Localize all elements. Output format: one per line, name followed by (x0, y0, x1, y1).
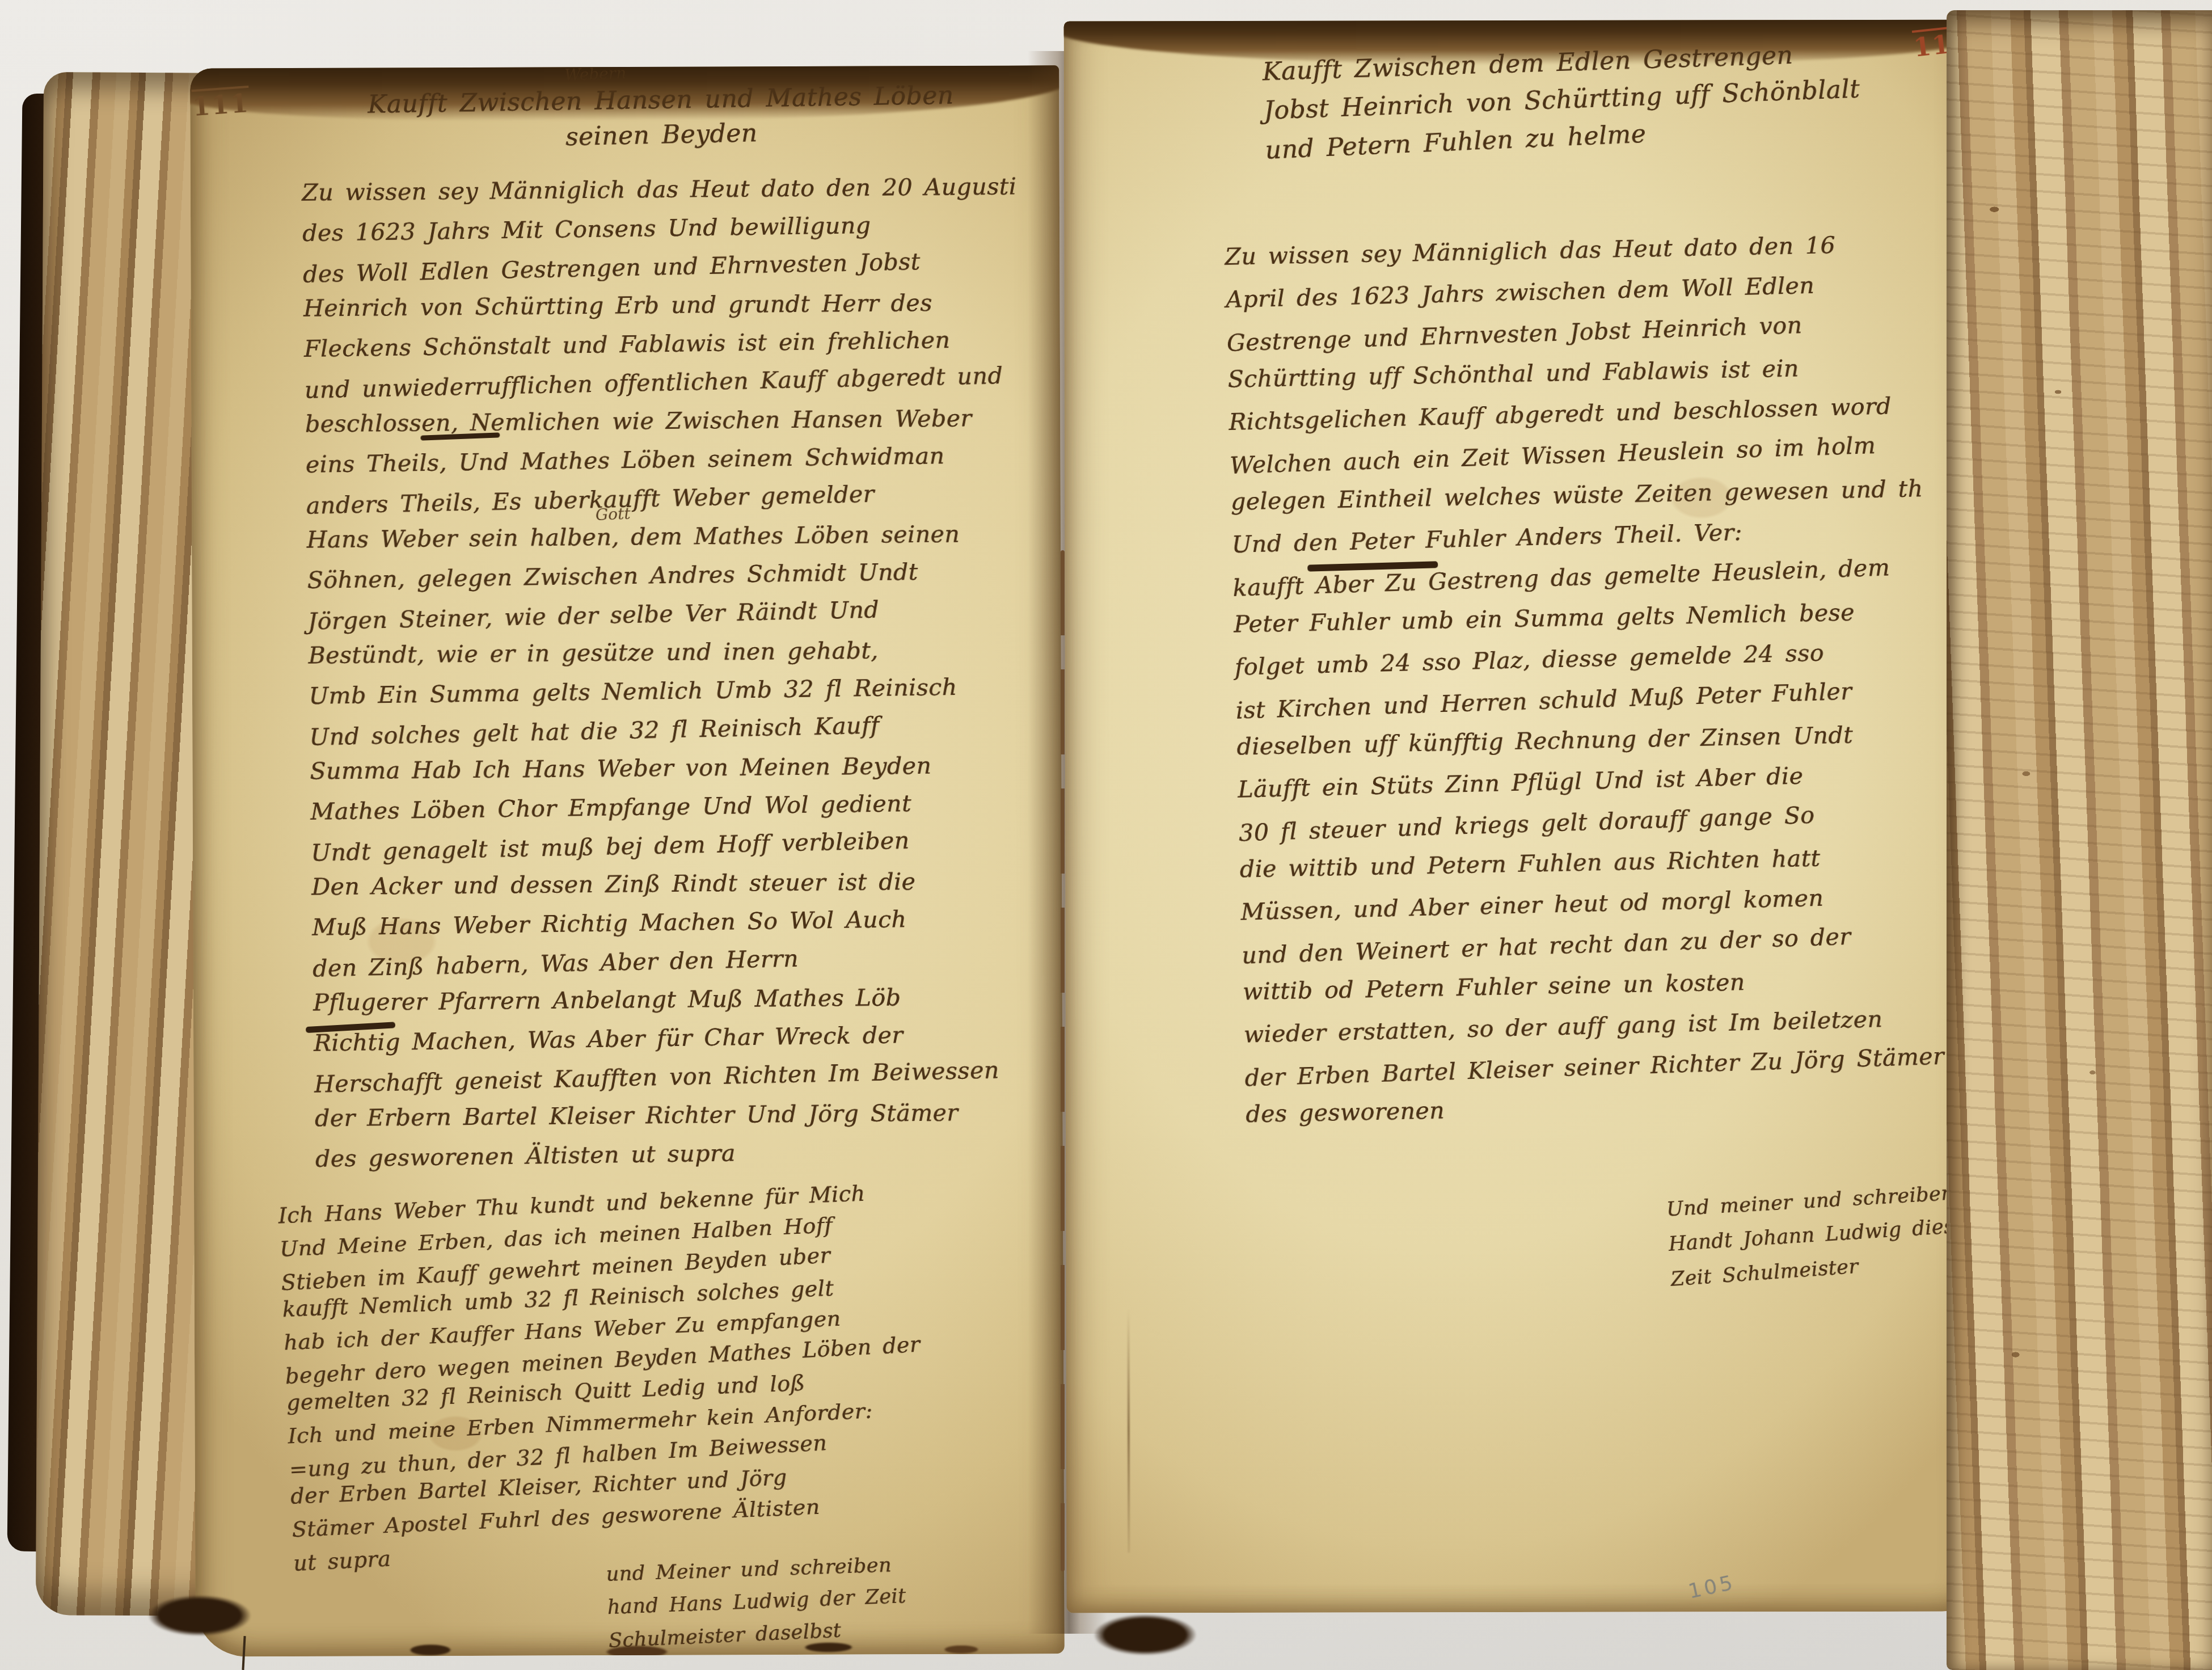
handwriting-line: Pflugerer Pfarrern Anbelangt Muß Mathes … (313, 977, 1065, 1022)
pencil-foliation-number: 105 (1686, 1571, 1737, 1604)
right-page-edge-stack (1947, 10, 2212, 1670)
open-book: 111 Webern Kaufft Zwischen Hansen und Ma… (0, 0, 2212, 1670)
cover-fragment (1069, 1612, 1222, 1669)
handwriting-line: Summa Hab Ich Hans Weber von Meinen Beyd… (310, 745, 1065, 791)
right-paragraph: Zu wissen sey Männiglich das Heut dato d… (1224, 220, 1976, 1137)
handwriting-line: beschlossen, Nemlichen wie Zwischen Hans… (305, 398, 1064, 444)
right-page: 112 Kaufft Zwischen dem Edlen Gestrengen… (1064, 20, 1977, 1613)
handwriting-line: Heinrich von Schürtting Erb und grundt H… (303, 282, 1064, 328)
binding-stitches (1061, 550, 1065, 1571)
right-signature-block: Und meiner und schreibenHandt Johann Lud… (1665, 1174, 1976, 1296)
handwriting-line: Hans Weber sein halben, dem Mathes Löben… (306, 514, 1065, 559)
right-page-heading: Kaufft Zwischen dem Edlen GestrengenJobs… (1262, 33, 1862, 167)
page-crease (1128, 1309, 1130, 1553)
handwriting-line: Den Acker und dessen Zinß Rindt steuer i… (311, 861, 1065, 906)
handwriting-line: Zu wissen sey Männiglich das Heut dato d… (302, 167, 1062, 212)
photo-backdrop: 111 Webern Kaufft Zwischen Hansen und Ma… (0, 0, 2212, 1670)
left-page: 111 Webern Kaufft Zwischen Hansen und Ma… (190, 65, 1065, 1656)
left-paragraph-1: Zu wissen sey Männiglich das Heut dato d… (302, 165, 1065, 1178)
left-paragraph-2: Ich Hans Weber Thu kundt und bekenne für… (277, 1169, 1064, 1576)
inserted-word: Webern (564, 65, 627, 85)
handwriting-line: der Erbern Bartel Kleiser Richter Und Jö… (314, 1093, 1064, 1138)
left-folio-number: 111 (191, 86, 251, 122)
burnt-bottom-edge (298, 1632, 1035, 1656)
left-page-heading: Kaufft Zwischen Hansen und Mathes Löbens… (343, 76, 979, 159)
handwriting-line: Bestündt, wie er in gesütze und inen geh… (308, 630, 1065, 675)
